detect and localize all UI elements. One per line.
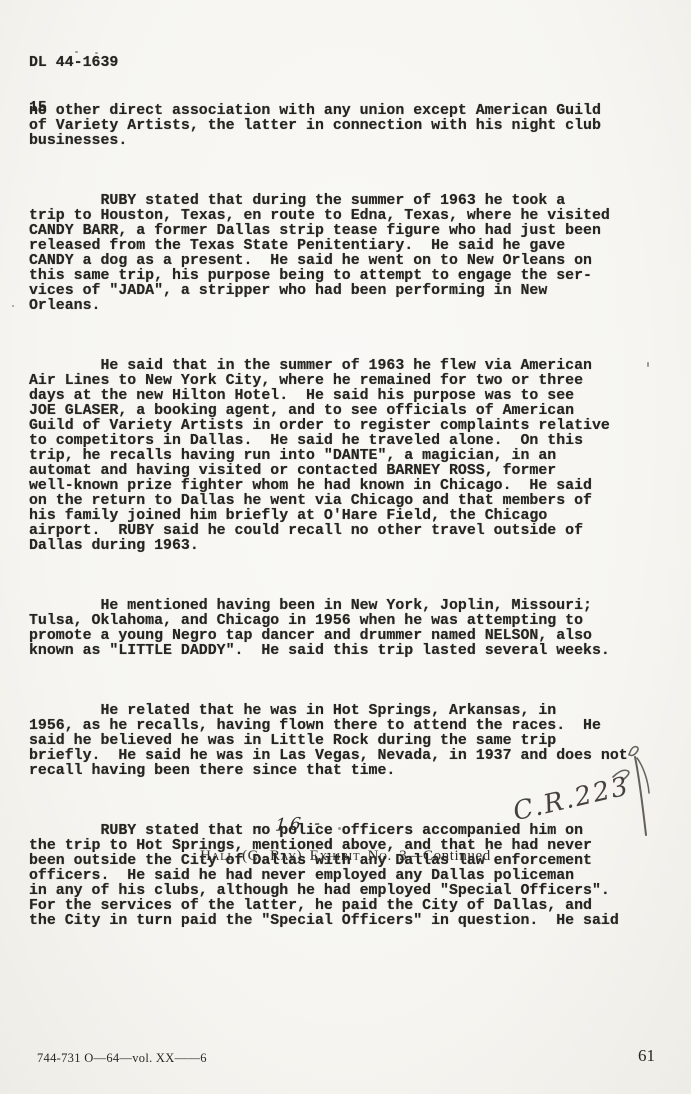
body-paragraph: He said that in the summer of 1963 he fl…	[29, 359, 628, 554]
scan-speck	[647, 362, 649, 367]
body-paragraph: RUBY stated that no police officers acco…	[29, 824, 628, 929]
center-page-number: - 16 -	[255, 813, 325, 837]
file-number: DL 44-1639	[29, 56, 118, 71]
scan-speck	[338, 827, 341, 830]
body-paragraph: He related that he was in Hot Springs, A…	[29, 704, 628, 779]
scan-speck	[75, 51, 78, 53]
body-paragraph: He mentioned having been in New York, Jo…	[29, 599, 628, 659]
scan-speck	[12, 305, 14, 307]
scanned-document-page: DL 44-1639 15 no other direct associatio…	[0, 0, 691, 1094]
document-body: no other direct association with any uni…	[29, 74, 628, 974]
scan-speck	[95, 52, 98, 54]
exhibit-caption-suffix: —Continued	[407, 848, 491, 864]
exhibit-caption-main: Hall (C. Ray) Exhibit No. 3	[200, 848, 407, 864]
body-paragraph: no other direct association with any uni…	[29, 104, 628, 149]
exhibit-caption: Hall (C. Ray) Exhibit No. 3—Continued	[0, 848, 691, 865]
pencil-squiggle-mark	[629, 747, 638, 756]
body-paragraph: RUBY stated that during the summer of 19…	[29, 194, 628, 314]
page-number: 61	[638, 1046, 655, 1066]
gpo-print-code: 744-731 O—64—vol. XX——6	[37, 1051, 207, 1066]
